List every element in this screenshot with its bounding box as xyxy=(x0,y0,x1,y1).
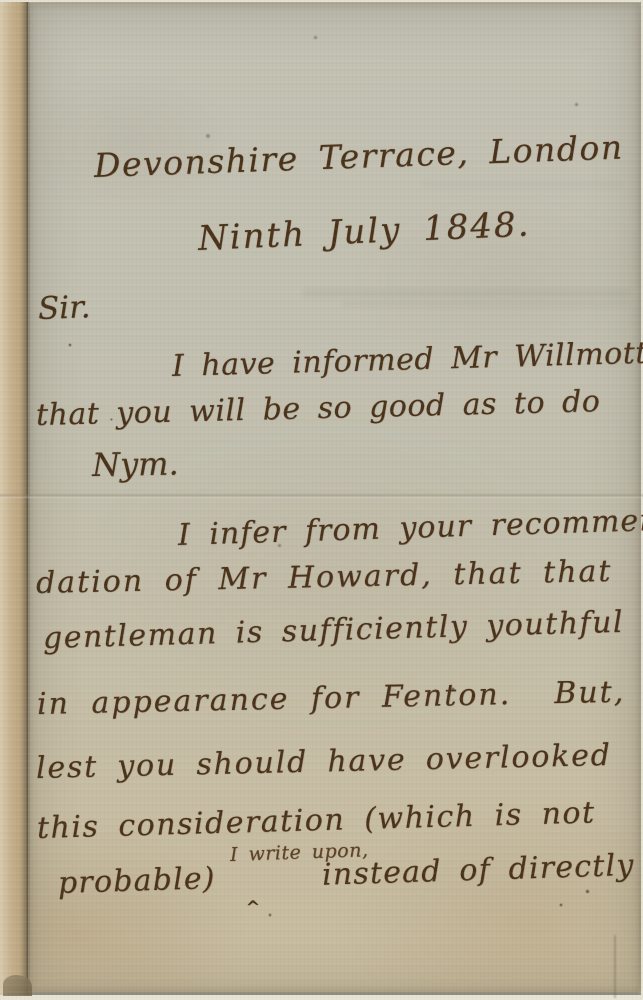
letter-line-9: this consideration (which is not xyxy=(37,798,596,844)
ink-speck xyxy=(585,889,590,894)
letter-line-4: I infer from your recommen- xyxy=(178,506,643,551)
ink-speck xyxy=(110,418,113,421)
letter-scan: Devonshire Terrace, London Ninth July 18… xyxy=(0,0,643,1000)
show-through-streak xyxy=(302,289,632,297)
ink-speck xyxy=(268,913,272,917)
letter-line-10: probable) instead of directly xyxy=(58,851,635,899)
vertical-crease xyxy=(614,935,616,998)
letter-line-3: Nym. xyxy=(92,447,179,481)
letter-date: Ninth July 1848. xyxy=(197,208,531,256)
show-through-streak xyxy=(342,301,632,307)
ink-speck xyxy=(559,903,563,907)
show-through-streak xyxy=(422,181,622,188)
foxing-spot xyxy=(205,133,211,139)
foxing-spot xyxy=(574,102,579,107)
letter-line-2: that you will be so good as to do xyxy=(36,387,601,431)
letter-address: Devonshire Terrace, London xyxy=(93,131,624,182)
fold-crease xyxy=(0,493,643,499)
letter-line-1: I have informed Mr Willmott xyxy=(172,339,643,382)
foxing-spot xyxy=(277,543,282,548)
letter-line-8: lest you should have overlooked xyxy=(36,741,612,784)
ink-speck xyxy=(451,687,455,691)
foxing-spot xyxy=(313,35,318,40)
letter-line-7: in appearance for Fenton. But, xyxy=(37,678,626,720)
ink-speck xyxy=(68,343,72,347)
letter-line-6: gentleman is sufficiently youthful xyxy=(43,608,625,654)
caret-mark: ^ xyxy=(246,900,261,917)
letter-line-5: dation of Mr Howard, that that xyxy=(36,557,613,599)
letter-salutation: Sir. xyxy=(37,292,90,325)
corner-chip xyxy=(3,975,32,996)
